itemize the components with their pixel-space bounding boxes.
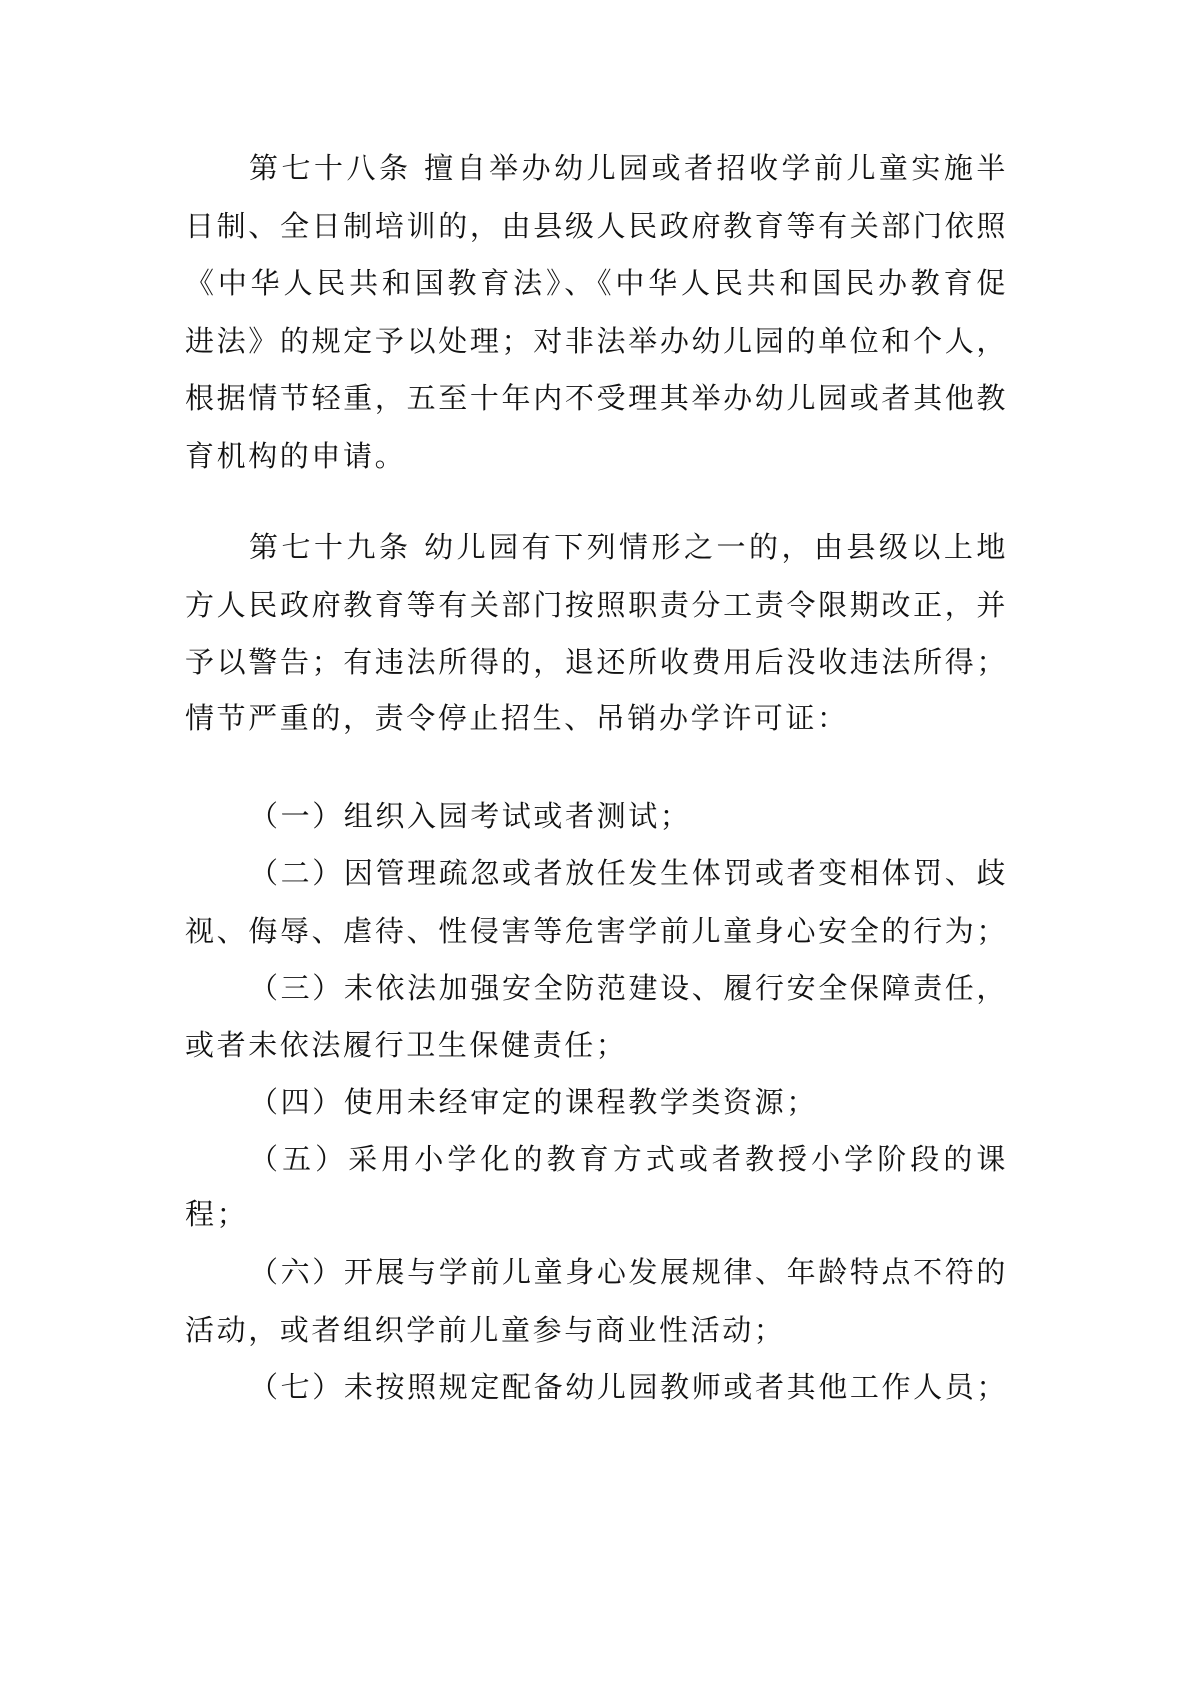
article-78-line-1: 第七十八条 擅自举办幼儿园或者招收学前儿童实施半 (249, 148, 1008, 188)
list-item-4: （四）使用未经审定的课程教学类资源； (249, 1082, 1008, 1122)
list-item-7: （七）未按照规定配备幼儿园教师或者其他工作人员； (249, 1367, 1008, 1407)
list-item-5-line-2: 程； (185, 1194, 1008, 1234)
list-item-2-line-2: 视、侮辱、虐待、性侵害等危害学前儿童身心安全的行为； (185, 911, 1008, 951)
article-78-line-4: 进法》的规定予以处理；对非法举办幼儿园的单位和个人， (185, 321, 1008, 361)
list-item-1: （一）组织入园考试或者测试； (249, 796, 1008, 836)
list-item-3-line-1: （三）未依法加强安全防范建设、履行安全保障责任， (249, 968, 1008, 1008)
list-item-3-line-2: 或者未依法履行卫生保健责任； (185, 1025, 1008, 1065)
list-item-6-line-2: 活动，或者组织学前儿童参与商业性活动； (185, 1310, 1008, 1350)
article-78-line-3: 《中华人民共和国教育法》、《中华人民共和国民办教育促 (185, 263, 1008, 303)
list-item-5-line-1: （五）采用小学化的教育方式或者教授小学阶段的课 (249, 1139, 1008, 1179)
article-78-line-2: 日制、全日制培训的，由县级人民政府教育等有关部门依照 (185, 206, 1008, 246)
article-79-line-2: 方人民政府教育等有关部门按照职责分工责令限期改正，并 (185, 585, 1008, 625)
list-item-2-line-1: （二）因管理疏忽或者放任发生体罚或者变相体罚、歧 (249, 853, 1008, 893)
list-item-6-line-1: （六）开展与学前儿童身心发展规律、年龄特点不符的 (249, 1252, 1008, 1292)
article-79-line-4: 情节严重的，责令停止招生、吊销办学许可证： (185, 698, 1008, 738)
article-78-line-6: 育机构的申请。 (185, 436, 1008, 476)
article-79-line-3: 予以警告；有违法所得的，退还所收费用后没收违法所得； (185, 642, 1008, 682)
article-79-line-1: 第七十九条 幼儿园有下列情形之一的，由县级以上地 (249, 527, 1008, 567)
article-78-line-5: 根据情节轻重，五至十年内不受理其举办幼儿园或者其他教 (185, 378, 1008, 418)
document-page: 第七十八条 擅自举办幼儿园或者招收学前儿童实施半 日制、全日制培训的，由县级人民… (0, 0, 1191, 1684)
